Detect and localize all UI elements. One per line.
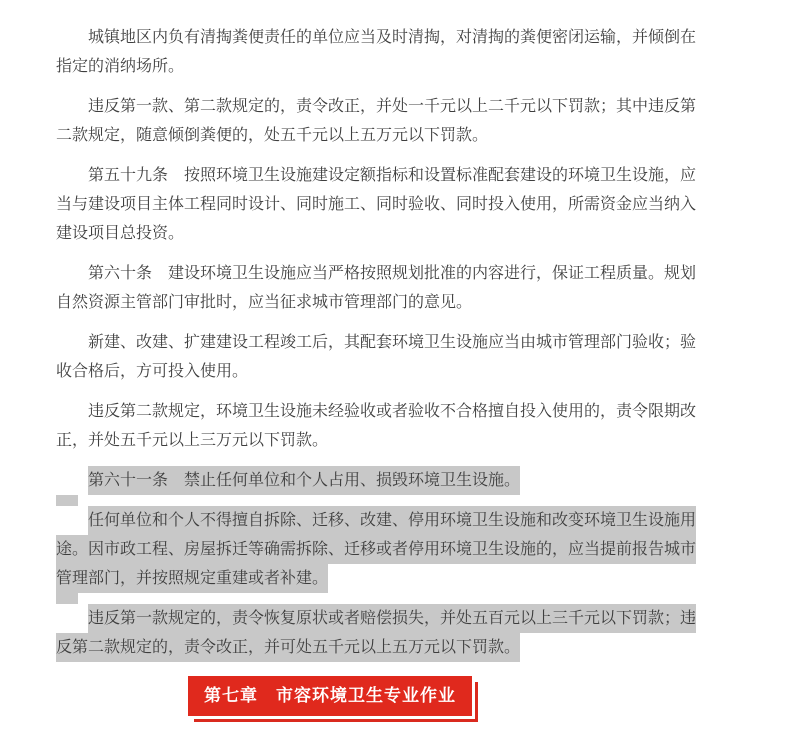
paragraph-text: 新建、改建、扩建建设工程竣工后，其配套环境卫生设施应当由城市管理部门验收；验收合…	[56, 334, 696, 380]
selected-text: 第六十一条 禁止任何单位和个人占用、损毁环境卫生设施。	[88, 466, 520, 495]
chapter-banner-title: 第七章 市容环境卫生专业作业	[204, 686, 456, 705]
paragraph-text: 违反第二款规定，环境卫生设施未经验收或者验收不合格擅自投入使用的，责令限期改正，…	[56, 403, 696, 449]
chapter-banner: 第七章 市容环境卫生专业作业	[188, 676, 472, 716]
paragraph: 城镇地区内负有清掏粪便责任的单位应当及时清掏，对清掏的粪便密闭运输，并倾倒在指定…	[56, 23, 706, 81]
paragraph-highlighted: 第六十一条 禁止任何单位和个人占用、损毁环境卫生设施。	[56, 466, 706, 495]
document-page: 城镇地区内负有清掏粪便责任的单位应当及时清掏，对清掏的粪便密闭运输，并倾倒在指定…	[0, 0, 800, 730]
paragraph-highlighted: 任何单位和个人不得擅自拆除、迁移、改建、停用环境卫生设施和改变环境卫生设施用途。…	[56, 506, 706, 593]
paragraph: 第六十条 建设环境卫生设施应当严格按照规划批准的内容进行，保证工程质量。规划自然…	[56, 259, 706, 317]
paragraph-text: 违反第一款、第二款规定的，责令改正，并处一千元以上二千元以下罚款；其中违反第二款…	[56, 98, 696, 144]
selected-text: 任何单位和个人不得擅自拆除、迁移、改建、停用环境卫生设施和改变环境卫生设施用途。…	[56, 506, 696, 593]
document-body: 城镇地区内负有清掏粪便责任的单位应当及时清掏，对清掏的粪便密闭运输，并倾倒在指定…	[56, 23, 706, 716]
selection-strip	[56, 593, 78, 604]
paragraph: 第五十九条 按照环境卫生设施建设定额指标和设置标准配套建设的环境卫生设施，应当与…	[56, 161, 706, 248]
paragraph: 违反第一款、第二款规定的，责令改正，并处一千元以上二千元以下罚款；其中违反第二款…	[56, 92, 706, 150]
paragraph: 违反第二款规定，环境卫生设施未经验收或者验收不合格擅自投入使用的，责令限期改正，…	[56, 397, 706, 455]
paragraph-text: 第五十九条 按照环境卫生设施建设定额指标和设置标准配套建设的环境卫生设施，应当与…	[56, 167, 696, 242]
paragraph-text: 城镇地区内负有清掏粪便责任的单位应当及时清掏，对清掏的粪便密闭运输，并倾倒在指定…	[56, 29, 696, 75]
paragraph-highlighted: 违反第一款规定的，责令恢复原状或者赔偿损失，并处五百元以上三千元以下罚款；违反第…	[56, 604, 706, 662]
paragraph-text: 第六十条 建设环境卫生设施应当严格按照规划批准的内容进行，保证工程质量。规划自然…	[56, 265, 696, 311]
selected-text: 违反第一款规定的，责令恢复原状或者赔偿损失，并处五百元以上三千元以下罚款；违反第…	[56, 604, 696, 662]
selection-strip	[56, 495, 78, 506]
paragraph: 新建、改建、扩建建设工程竣工后，其配套环境卫生设施应当由城市管理部门验收；验收合…	[56, 328, 706, 386]
